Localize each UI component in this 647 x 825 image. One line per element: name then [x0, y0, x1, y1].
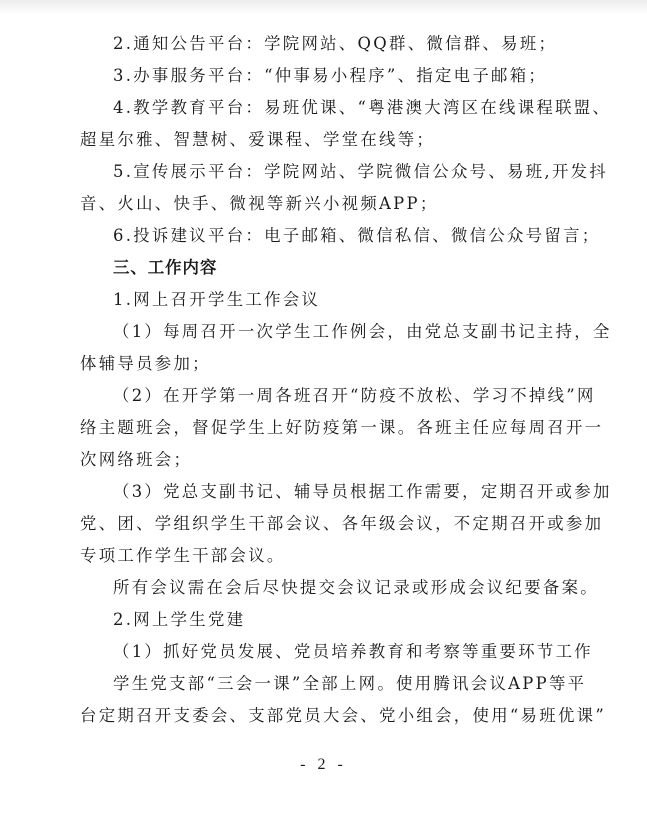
text-line: （2）在开学第一周各班召开“防疫不放松、学习不掉线”网: [80, 380, 580, 412]
text-line: （1）抓好党员发展、党员培养教育和考察等重要环节工作: [80, 636, 580, 668]
text-line-platform-publicity: 5.宣传展示平台：学院网站、学院微信公众号、易班,开发抖: [80, 156, 580, 188]
text-line: 超星尔雅、智慧树、爱课程、学堂在线等；: [80, 124, 580, 156]
page-top-shadow: [0, 0, 647, 14]
page-number: - 2 -: [0, 756, 647, 774]
subsection-heading: 1.网上召开学生工作会议: [80, 284, 580, 316]
section-heading: 三、工作内容: [80, 252, 580, 284]
text-line: 党、团、学组织学生干部会议、各年级会议，不定期召开或参加: [80, 508, 580, 540]
text-line: 台定期召开支委会、支部党员大会、党小组会，使用“易班优课”: [80, 700, 580, 732]
text-line: （3）党总支副书记、辅导员根据工作需要，定期召开或参加: [80, 476, 580, 508]
text-line: 次网络班会；: [80, 444, 580, 476]
text-line-platform-complaint: 6.投诉建议平台：电子邮箱、微信私信、微信公众号留言；: [80, 220, 580, 252]
text-line: 专项工作学生干部会议。: [80, 540, 580, 572]
text-line: 音、火山、快手、微视等新兴小视频APP；: [80, 188, 580, 220]
text-line: 络主题班会，督促学生上好防疫第一课。各班主任应每周召开一: [80, 412, 580, 444]
text-line: 学生党支部“三会一课”全部上网。使用腾讯会议APP等平: [80, 668, 580, 700]
text-line: （1）每周召开一次学生工作例会，由党总支副书记主持，全: [80, 316, 580, 348]
text-line: 所有会议需在会后尽快提交会议记录或形成会议纪要备案。: [80, 572, 580, 604]
subsection-heading: 2.网上学生党建: [80, 604, 580, 636]
text-line-platform-notice: 2.通知公告平台：学院网站、QQ群、微信群、易班；: [80, 28, 580, 60]
document-page: 2.通知公告平台：学院网站、QQ群、微信群、易班； 3.办事服务平台：“仲事易小…: [80, 28, 580, 732]
text-line-platform-teaching: 4.教学教育平台：易班优课、“粤港澳大湾区在线课程联盟、: [80, 92, 580, 124]
text-line-platform-service: 3.办事服务平台：“仲事易小程序”、指定电子邮箱；: [80, 60, 580, 92]
text-line: 体辅导员参加；: [80, 348, 580, 380]
